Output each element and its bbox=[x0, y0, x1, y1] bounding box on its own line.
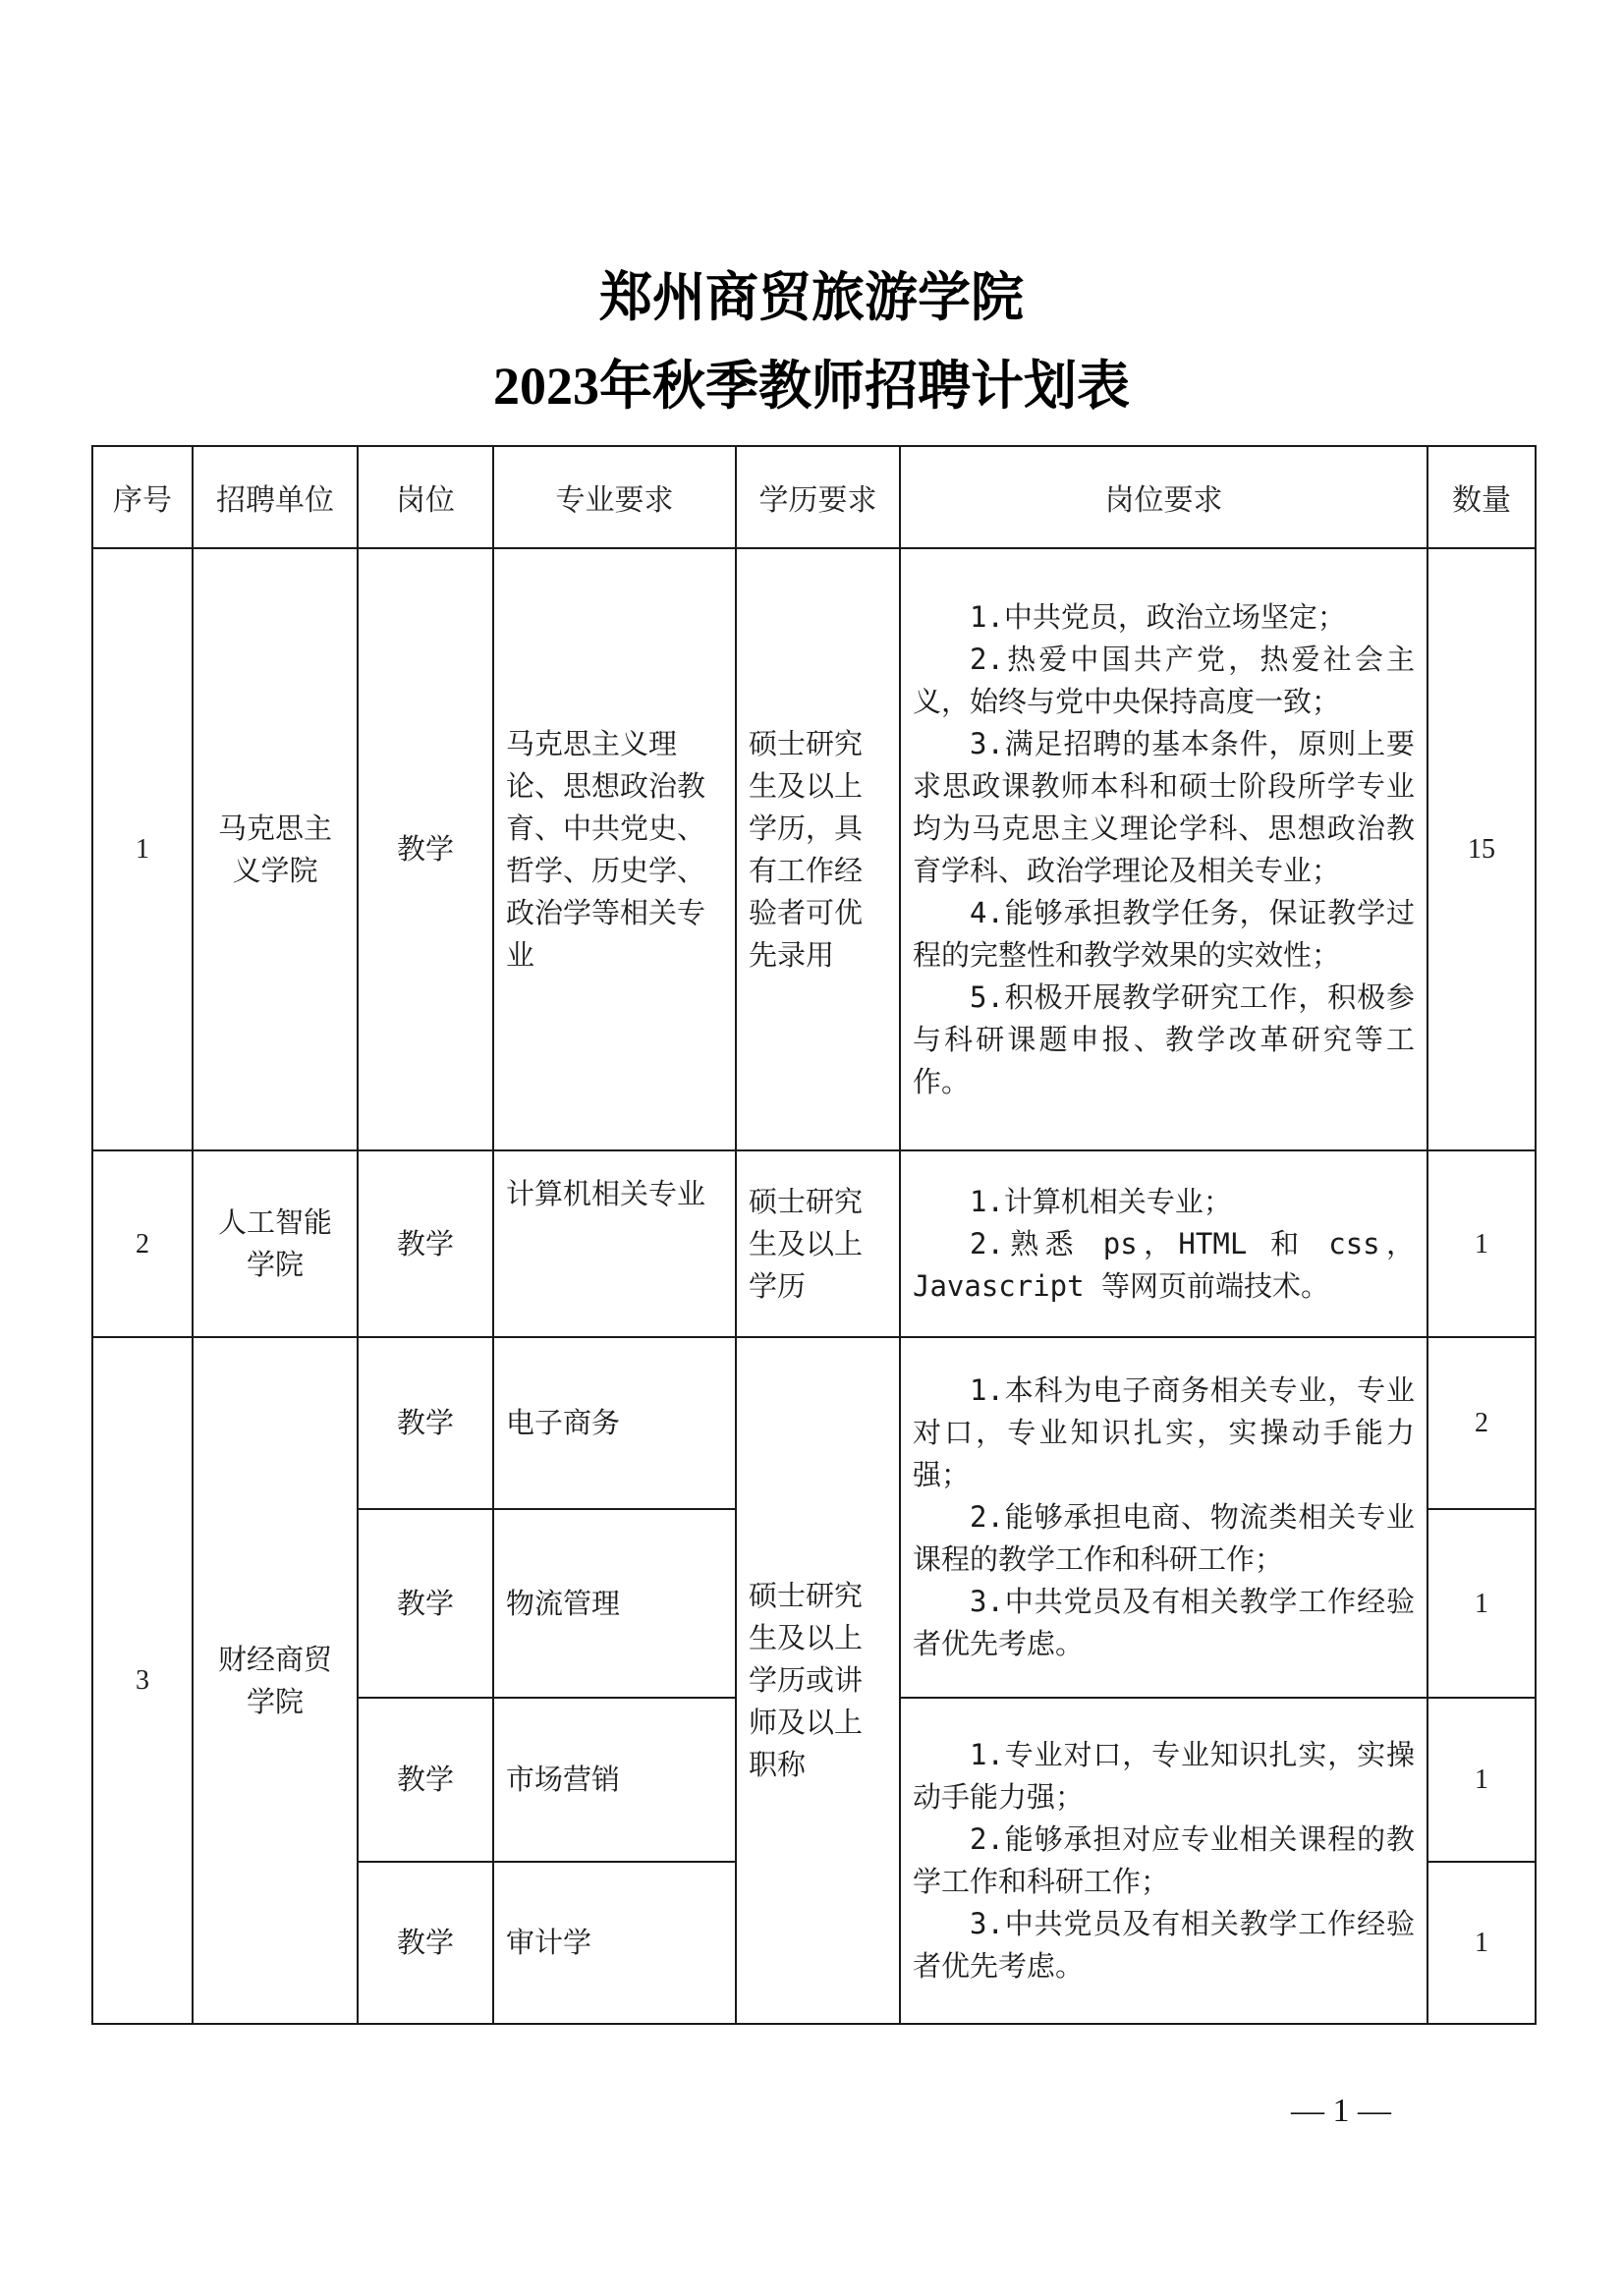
row-education: 硕士研究生及以上学历或讲师及以上职称 bbox=[736, 1337, 900, 2024]
title-plan-name: 2023年秋季教师招聘计划表 bbox=[0, 342, 1623, 430]
table-row: 1 马克思主义学院 教学 马克思主义理论、思想政治教育、中共党史、哲学、历史学、… bbox=[92, 548, 1536, 1150]
header-index: 序号 bbox=[92, 446, 193, 548]
row-major: 物流管理 bbox=[493, 1509, 736, 1698]
header-position: 岗位 bbox=[358, 446, 493, 548]
row-position: 教学 bbox=[358, 548, 493, 1150]
row-requirements: 1.专业对口，专业知识扎实，实操动手能力强； 2.能够承担对应专业相关课程的教学… bbox=[900, 1698, 1427, 2024]
page-number: — 1 — bbox=[1272, 2093, 1410, 2130]
requirement-item: 2.热爱中国共产党，热爱社会主义，始终与党中央保持高度一致； bbox=[913, 639, 1415, 723]
requirement-item: 1.专业对口，专业知识扎实，实操动手能力强； bbox=[913, 1734, 1415, 1819]
requirement-item: 2.能够承担电商、物流类相关专业课程的教学工作和科研工作； bbox=[913, 1496, 1415, 1581]
row-position: 教学 bbox=[358, 1337, 493, 1509]
row-education: 硕士研究生及以上学历 bbox=[736, 1150, 900, 1337]
header-count: 数量 bbox=[1427, 446, 1536, 548]
document-title: 郑州商贸旅游学院 2023年秋季教师招聘计划表 bbox=[0, 253, 1623, 430]
table-header-row: 序号 招聘单位 岗位 专业要求 学历要求 岗位要求 数量 bbox=[92, 446, 1536, 548]
requirement-item: 2.熟悉 ps，HTML 和 css，Javascript 等网页前端技术。 bbox=[913, 1223, 1415, 1308]
requirement-item: 3.满足招聘的基本条件，原则上要求思政课教师本科和硕士阶段所学专业均为马克思主义… bbox=[913, 723, 1415, 892]
row-major: 审计学 bbox=[493, 1862, 736, 2024]
row-index: 3 bbox=[92, 1337, 193, 2024]
row-position: 教学 bbox=[358, 1150, 493, 1337]
row-major: 市场营销 bbox=[493, 1698, 736, 1862]
row-requirements: 1.本科为电子商务相关专业，专业对口，专业知识扎实，实操动手能力强； 2.能够承… bbox=[900, 1337, 1427, 1698]
row-requirements: 1.计算机相关专业； 2.熟悉 ps，HTML 和 css，Javascript… bbox=[900, 1150, 1427, 1337]
recruitment-plan-table: 序号 招聘单位 岗位 专业要求 学历要求 岗位要求 数量 1 马克思主义学院 教… bbox=[91, 445, 1537, 2025]
requirement-item: 3.中共党员及有相关教学工作经验者优先考虑。 bbox=[913, 1903, 1415, 1988]
requirement-item: 3.中共党员及有相关教学工作经验者优先考虑。 bbox=[913, 1581, 1415, 1665]
row-count: 1 bbox=[1427, 1862, 1536, 2024]
requirement-item: 1.本科为电子商务相关专业，专业对口，专业知识扎实，实操动手能力强； bbox=[913, 1370, 1415, 1496]
row-count: 2 bbox=[1427, 1337, 1536, 1509]
table-row: 3 财经商贸学院 教学 电子商务 硕士研究生及以上学历或讲师及以上职称 1.本科… bbox=[92, 1337, 1536, 1509]
row-position: 教学 bbox=[358, 1509, 493, 1698]
row-count: 15 bbox=[1427, 548, 1536, 1150]
requirement-item: 2.能够承担对应专业相关课程的教学工作和科研工作； bbox=[913, 1819, 1415, 1903]
row-major: 马克思主义理论、思想政治教育、中共党史、哲学、历史学、政治学等相关专业 bbox=[493, 548, 736, 1150]
header-major: 专业要求 bbox=[493, 446, 736, 548]
requirement-item: 4.能够承担教学任务，保证教学过程的完整性和教学效果的实效性； bbox=[913, 892, 1415, 977]
header-unit: 招聘单位 bbox=[193, 446, 358, 548]
row-index: 1 bbox=[92, 548, 193, 1150]
row-count: 1 bbox=[1427, 1509, 1536, 1698]
header-education: 学历要求 bbox=[736, 446, 900, 548]
row-count: 1 bbox=[1427, 1150, 1536, 1337]
row-unit: 马克思主义学院 bbox=[193, 548, 358, 1150]
row-unit: 人工智能学院 bbox=[193, 1150, 358, 1337]
row-count: 1 bbox=[1427, 1698, 1536, 1862]
row-position: 教学 bbox=[358, 1698, 493, 1862]
row-unit: 财经商贸学院 bbox=[193, 1337, 358, 2024]
row-education: 硕士研究生及以上学历，具有工作经验者可优先录用 bbox=[736, 548, 900, 1150]
requirement-item: 1.中共党员，政治立场坚定； bbox=[913, 596, 1415, 639]
table-row: 2 人工智能学院 教学 计算机相关专业 硕士研究生及以上学历 1.计算机相关专业… bbox=[92, 1150, 1536, 1337]
row-requirements: 1.中共党员，政治立场坚定； 2.热爱中国共产党，热爱社会主义，始终与党中央保持… bbox=[900, 548, 1427, 1150]
header-requirements: 岗位要求 bbox=[900, 446, 1427, 548]
row-index: 2 bbox=[92, 1150, 193, 1337]
requirement-item: 1.计算机相关专业； bbox=[913, 1181, 1415, 1223]
row-major: 计算机相关专业 bbox=[493, 1150, 736, 1337]
row-major: 电子商务 bbox=[493, 1337, 736, 1509]
requirement-item: 5.积极开展教学研究工作，积极参与科研课题申报、教学改革研究等工作。 bbox=[913, 977, 1415, 1103]
title-school-name: 郑州商贸旅游学院 bbox=[0, 253, 1623, 342]
row-position: 教学 bbox=[358, 1862, 493, 2024]
